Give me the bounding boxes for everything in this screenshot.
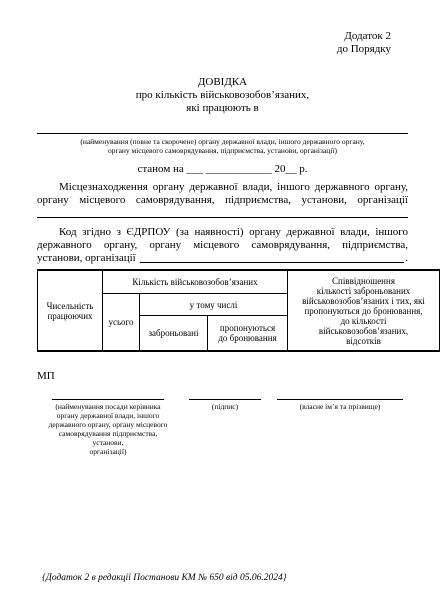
ratio-line: до кількості bbox=[290, 316, 437, 326]
annex-line: Додаток 2 bbox=[37, 30, 391, 43]
signature-field: (підпис) bbox=[185, 399, 265, 411]
ratio-line: відсотків bbox=[290, 336, 437, 346]
document-page: Додаток 2 до Порядку ДОВІДКА про кількіс… bbox=[0, 0, 445, 600]
header-including: у тому числі bbox=[140, 294, 288, 316]
position-caption-line: органу державної влади, іншого bbox=[40, 411, 176, 420]
org-caption-line: органу місцевого самоврядування, підприє… bbox=[37, 146, 408, 155]
annex-note: Додаток 2 до Порядку bbox=[37, 0, 408, 56]
signature-caption: (підпис) bbox=[185, 402, 265, 411]
as-of-date-line: станом на ___ ____________ 20__ р. bbox=[37, 163, 408, 176]
title-line: які працюють в bbox=[37, 102, 408, 115]
workforce-table: Чисельність працюючих Кількість військов… bbox=[37, 269, 440, 352]
position-caption-line: установи, bbox=[40, 438, 176, 447]
signature-line bbox=[189, 399, 261, 400]
header-reserved: заброньовані bbox=[140, 316, 208, 352]
ratio-line: військовозобов’язаних і тих, які bbox=[290, 296, 437, 306]
org-name-fill-line bbox=[37, 133, 408, 134]
org-name-caption: (найменування (повне та скорочене) орган… bbox=[37, 137, 408, 155]
location-paragraph: Місцезнаходження органу державної влади,… bbox=[37, 181, 408, 207]
header-total: усього bbox=[103, 294, 140, 352]
header-ratio: Співвідношення кількості заброньованих в… bbox=[288, 270, 440, 351]
header-proposed-for-reservation: пропонуються до бронювання bbox=[208, 316, 288, 352]
document-title: ДОВІДКА про кількість військовозобов’яза… bbox=[37, 76, 408, 115]
position-signature-line bbox=[52, 399, 164, 400]
header-workers-count: Чисельність працюючих bbox=[38, 270, 103, 351]
name-line bbox=[277, 399, 403, 400]
footer-revision-note: {Додаток 2 в редакції Постанови КМ № 650… bbox=[42, 572, 287, 585]
annex-line: до Порядку bbox=[37, 43, 391, 56]
edrpou-line: Код згідно з ЄДРПОУ (за наявності) орган… bbox=[37, 226, 408, 239]
position-signature-field: (найменування посади керівника органу де… bbox=[40, 399, 176, 456]
edrpou-paragraph: Код згідно з ЄДРПОУ (за наявності) орган… bbox=[37, 226, 408, 265]
signature-block: (найменування посади керівника органу де… bbox=[37, 399, 408, 461]
org-caption-line: (найменування (повне та скорочене) орган… bbox=[37, 137, 408, 146]
ratio-line: Співвідношення bbox=[290, 276, 437, 286]
document-content: Додаток 2 до Порядку ДОВІДКА про кількіс… bbox=[37, 0, 408, 461]
position-caption-line: організації) bbox=[40, 447, 176, 456]
ratio-line: кількості заброньованих bbox=[290, 286, 437, 296]
location-line: органу місцевого самоврядування, підприє… bbox=[37, 194, 408, 207]
proposed-line: до бронювання bbox=[210, 333, 285, 343]
seal-mark: МП bbox=[37, 370, 408, 383]
ratio-line: військовозобов’язаних, bbox=[290, 326, 437, 336]
edrpou-fill-line bbox=[140, 262, 405, 263]
header-conscripts-group: Кількість військовозобов’язаних bbox=[103, 270, 288, 294]
name-field: (власне ім’я та прізвище) bbox=[272, 399, 408, 411]
name-caption: (власне ім’я та прізвище) bbox=[272, 402, 408, 411]
position-caption-line: (найменування посади керівника bbox=[40, 402, 176, 411]
location-fill-line bbox=[37, 217, 408, 218]
edrpou-last-line-text: установи, організації bbox=[37, 252, 136, 265]
proposed-line: пропонуються bbox=[210, 323, 285, 333]
edrpou-last-line-period: . bbox=[405, 252, 408, 265]
edrpou-line: державного органу, органу місцевого само… bbox=[37, 239, 408, 252]
title-line: про кількість військовозобов’язаних, bbox=[37, 89, 408, 102]
position-caption-line: самоврядування підприємства, bbox=[40, 429, 176, 438]
ratio-line: пропонуються до бронювання, bbox=[290, 306, 437, 316]
position-caption-line: державного органу, органу місцевого bbox=[40, 420, 176, 429]
location-line: Місцезнаходження органу державної влади,… bbox=[37, 181, 408, 194]
title-line: ДОВІДКА bbox=[37, 76, 408, 89]
edrpou-last-line: установи, організації . bbox=[37, 252, 408, 265]
